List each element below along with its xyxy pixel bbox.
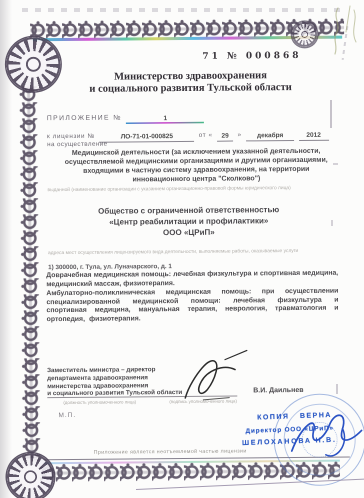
license-date-day: 29 bbox=[217, 133, 233, 142]
scan-noise-mark bbox=[333, 163, 338, 165]
seal-place-mark: М.П. bbox=[58, 412, 76, 419]
license-date-year: 2012 bbox=[299, 132, 329, 141]
scanned-license-annex: 71 № 000868 Министерство здравоохранения… bbox=[0, 0, 364, 498]
license-number-value: ЛО-71-01-000825 bbox=[99, 133, 194, 143]
director-signature-icon bbox=[287, 408, 364, 463]
handwritten-note-icon bbox=[328, 2, 362, 66]
license-label: к лицензии № bbox=[47, 133, 95, 140]
scan-noise-mark bbox=[331, 220, 333, 226]
issued-to-caption: выданной (наименование организации с ука… bbox=[47, 186, 337, 194]
form-serial-number: 71 № 000868 bbox=[202, 51, 301, 62]
annex-label: ПРИЛОЖЕНИЕ № bbox=[47, 115, 122, 123]
scan-noise-mark bbox=[336, 384, 338, 394]
license-date-quote: » bbox=[238, 131, 242, 138]
organization-line3: ООО «ЦРиП» bbox=[40, 226, 338, 240]
ministry-title-line2: и социального развития Тульской области bbox=[39, 82, 343, 97]
position-caption: (должность уполномоченного лица) bbox=[63, 399, 136, 405]
scan-noise-mark bbox=[330, 100, 332, 128]
organization-name: Общество с ограниченной ответственностью… bbox=[40, 204, 338, 240]
rosette-ornament-icon bbox=[7, 453, 54, 498]
services-paragraph-2: Амбулаторно-поликлиническая медицинская … bbox=[46, 288, 338, 325]
annex-number-row: ПРИЛОЖЕНИЕ № 1 bbox=[47, 106, 205, 125]
signer-name: В.И. Даильнев bbox=[253, 387, 303, 394]
licensed-activity-text: Медицинской деятельности (за исключением… bbox=[53, 147, 339, 185]
rosette-ornament-icon bbox=[292, 22, 317, 47]
purpose-label: на осуществление bbox=[47, 141, 108, 149]
addresses-caption: адреса мест осуществления лицензируемого… bbox=[48, 249, 336, 257]
license-date-prefix: от « bbox=[199, 132, 213, 139]
footer-note: Приложение является неотъемлемой частью … bbox=[94, 448, 247, 455]
services-paragraph-1: Доврачебная медицинская помощь: лечебная… bbox=[46, 270, 338, 290]
license-sheet: 71 № 000868 Министерство здравоохранения… bbox=[0, 0, 364, 498]
activity-address: 1) 300000, г. Тула, ул. Луначарского, д.… bbox=[48, 263, 172, 271]
license-date-month: декабря bbox=[246, 132, 294, 141]
official-signature-icon bbox=[177, 347, 250, 408]
guilloche-border-left bbox=[19, 86, 42, 458]
ministry-title: Министерство здравоохранения и социально… bbox=[38, 70, 342, 97]
